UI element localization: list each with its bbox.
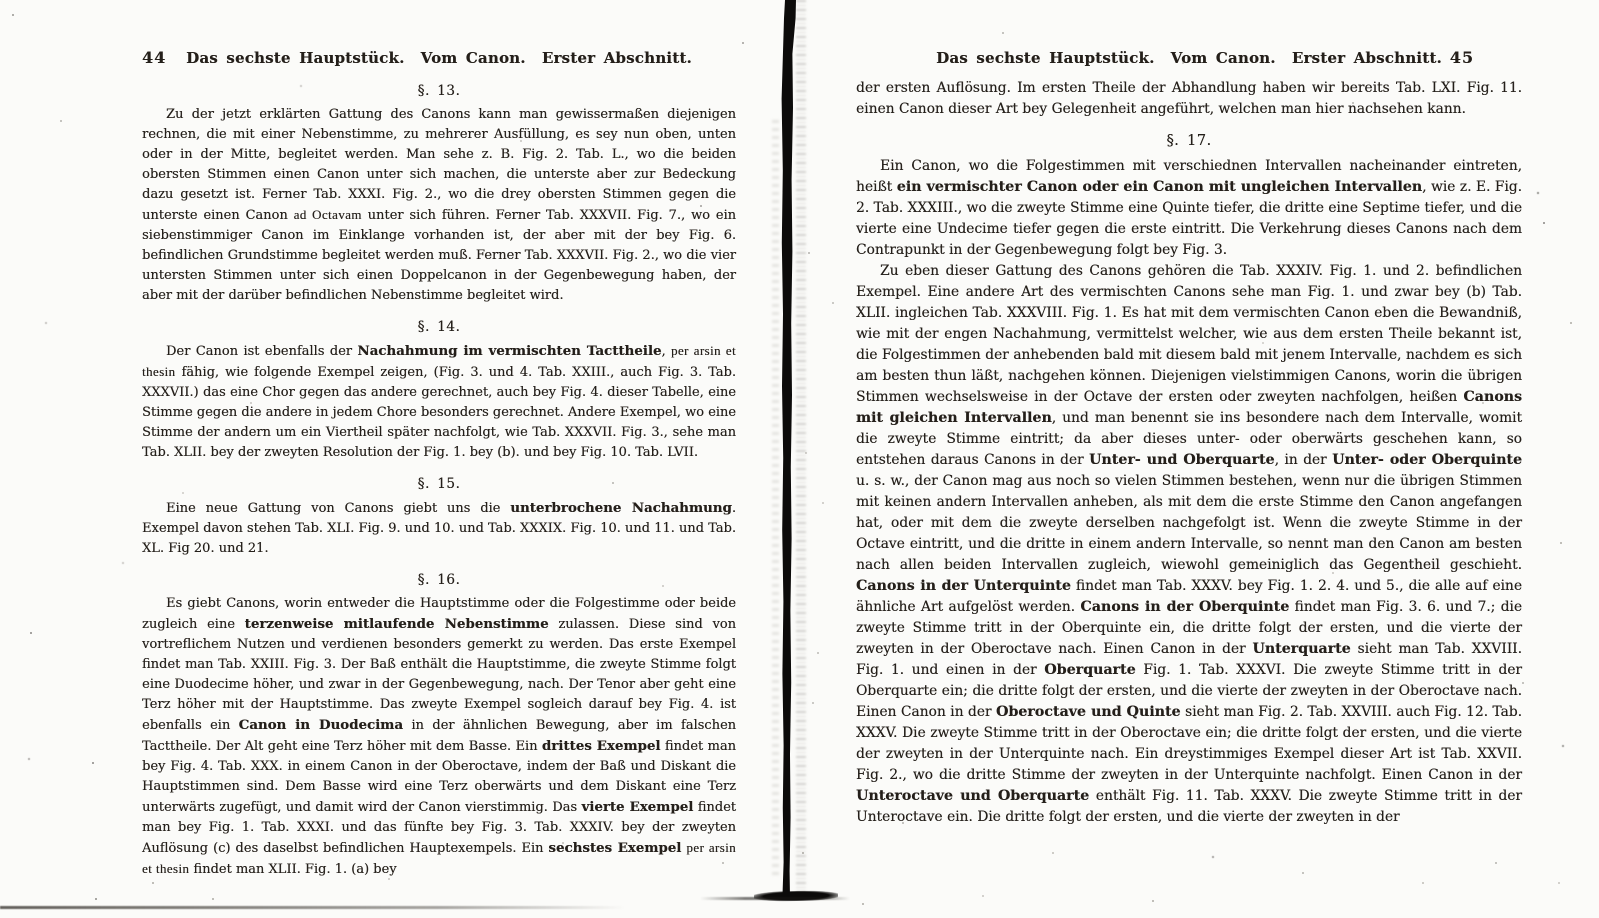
book-gutter-shadow-left	[772, 120, 779, 880]
paragraph-section-14: Der Canon ist ebenfalls der Nachahmung i…	[142, 341, 736, 463]
emphasized-term: unterbrochene Nachahmung	[510, 500, 732, 516]
page-number-right: 45	[1450, 46, 1474, 70]
body-text: Der Canon ist ebenfalls der	[166, 344, 357, 359]
left-page: 44 Das sechste Hauptstück. Vom Canon. Er…	[142, 46, 736, 880]
book-gutter-shadow-right	[796, 0, 806, 900]
emphasized-term: Unter- oder Oberquinte	[1332, 452, 1522, 468]
paragraph-continuation: der ersten Auflösung. Im ersten Theile d…	[856, 78, 1522, 120]
book-gutter-foot	[754, 890, 838, 901]
section-heading-13: §. 13.	[142, 81, 736, 101]
paragraph-section-16: Es giebt Canons, worin entweder die Haup…	[142, 594, 736, 880]
emphasized-term: Unterquarte	[1252, 641, 1350, 657]
paragraph-section-13: Zu der jetzt erklärten Gattung des Canon…	[142, 105, 736, 306]
scanned-book-spread: { "colors": { "ink": "#241f1a", "paper":…	[0, 0, 1599, 918]
scan-noise	[0, 0, 2, 2]
body-text: ,	[661, 344, 671, 359]
page-number-left: 44	[142, 46, 166, 70]
body-text: Zu eben dieser Gattung des Canons gehöre…	[856, 263, 1522, 405]
section-heading-15: §. 15.	[142, 474, 736, 494]
body-text: der ersten Auflösung. Im ersten Theile d…	[856, 80, 1522, 117]
body-text: Zu der jetzt erklärten Gattung des Canon…	[142, 107, 736, 223]
emphasized-term: terzenweise mitlaufende Nebenstimme	[245, 616, 549, 632]
book-gutter	[778, 0, 798, 898]
section-heading-17: §. 17.	[856, 131, 1522, 152]
body-text: findet man XLII. Fig. 1. (a) bey	[189, 862, 396, 877]
emphasized-term: ein vermischter Canon oder ein Canon mit…	[897, 179, 1422, 195]
emphasized-term: Unteroctave und Oberquarte	[856, 788, 1089, 804]
emphasized-term: Canon in Duodecima	[239, 717, 403, 733]
section-heading-16: §. 16.	[142, 570, 736, 590]
body-text: u. s. w., der Canon mag aus noch so viel…	[856, 473, 1522, 573]
section-heading-14: §. 14.	[142, 317, 736, 337]
emphasized-term: drittes Exempel	[542, 738, 661, 754]
paragraph-section-15: Eine neue Gattung von Canons giebt uns d…	[142, 498, 736, 559]
emphasized-term: Oberquarte	[1044, 662, 1135, 678]
right-page-header: Das sechste Hauptstück. Vom Canon. Erste…	[856, 46, 1522, 70]
body-text: fähig, wie folgende Exempel zeigen, (Fig…	[142, 365, 736, 460]
body-text: zulassen. Diese sind von vortreflichem N…	[142, 617, 736, 733]
paragraph-section-17-a: Ein Canon, wo die Folgestimmen mit versc…	[856, 156, 1522, 261]
page-bottom-edge	[0, 906, 625, 909]
running-title-right: Das sechste Hauptstück. Vom Canon. Erste…	[936, 49, 1442, 67]
emphasized-term: Canons in der Unterquinte	[856, 578, 1071, 594]
emphasized-term: vierte Exempel	[581, 799, 693, 815]
latin-term: ad Octavam	[294, 207, 362, 222]
running-title-left: Das sechste Hauptstück. Vom Canon. Erste…	[186, 49, 692, 67]
emphasized-term: Canons in der Oberquinte	[1080, 599, 1289, 615]
emphasized-term: Unter- und Oberquarte	[1089, 452, 1275, 468]
body-text: Eine neue Gattung von Canons giebt uns d…	[166, 501, 510, 516]
body-text: , in der	[1275, 452, 1332, 468]
left-page-header: 44 Das sechste Hauptstück. Vom Canon. Er…	[142, 46, 736, 70]
emphasized-term: Oberoctave und Quinte	[996, 704, 1181, 720]
emphasized-term: sechstes Exempel	[548, 840, 681, 856]
right-page: Das sechste Hauptstück. Vom Canon. Erste…	[856, 46, 1522, 828]
emphasized-term: Nachahmung im vermischten Tacttheile	[357, 343, 661, 359]
paragraph-section-17-b: Zu eben dieser Gattung des Canons gehöre…	[856, 261, 1522, 828]
book-gutter-foot-line	[700, 897, 850, 900]
